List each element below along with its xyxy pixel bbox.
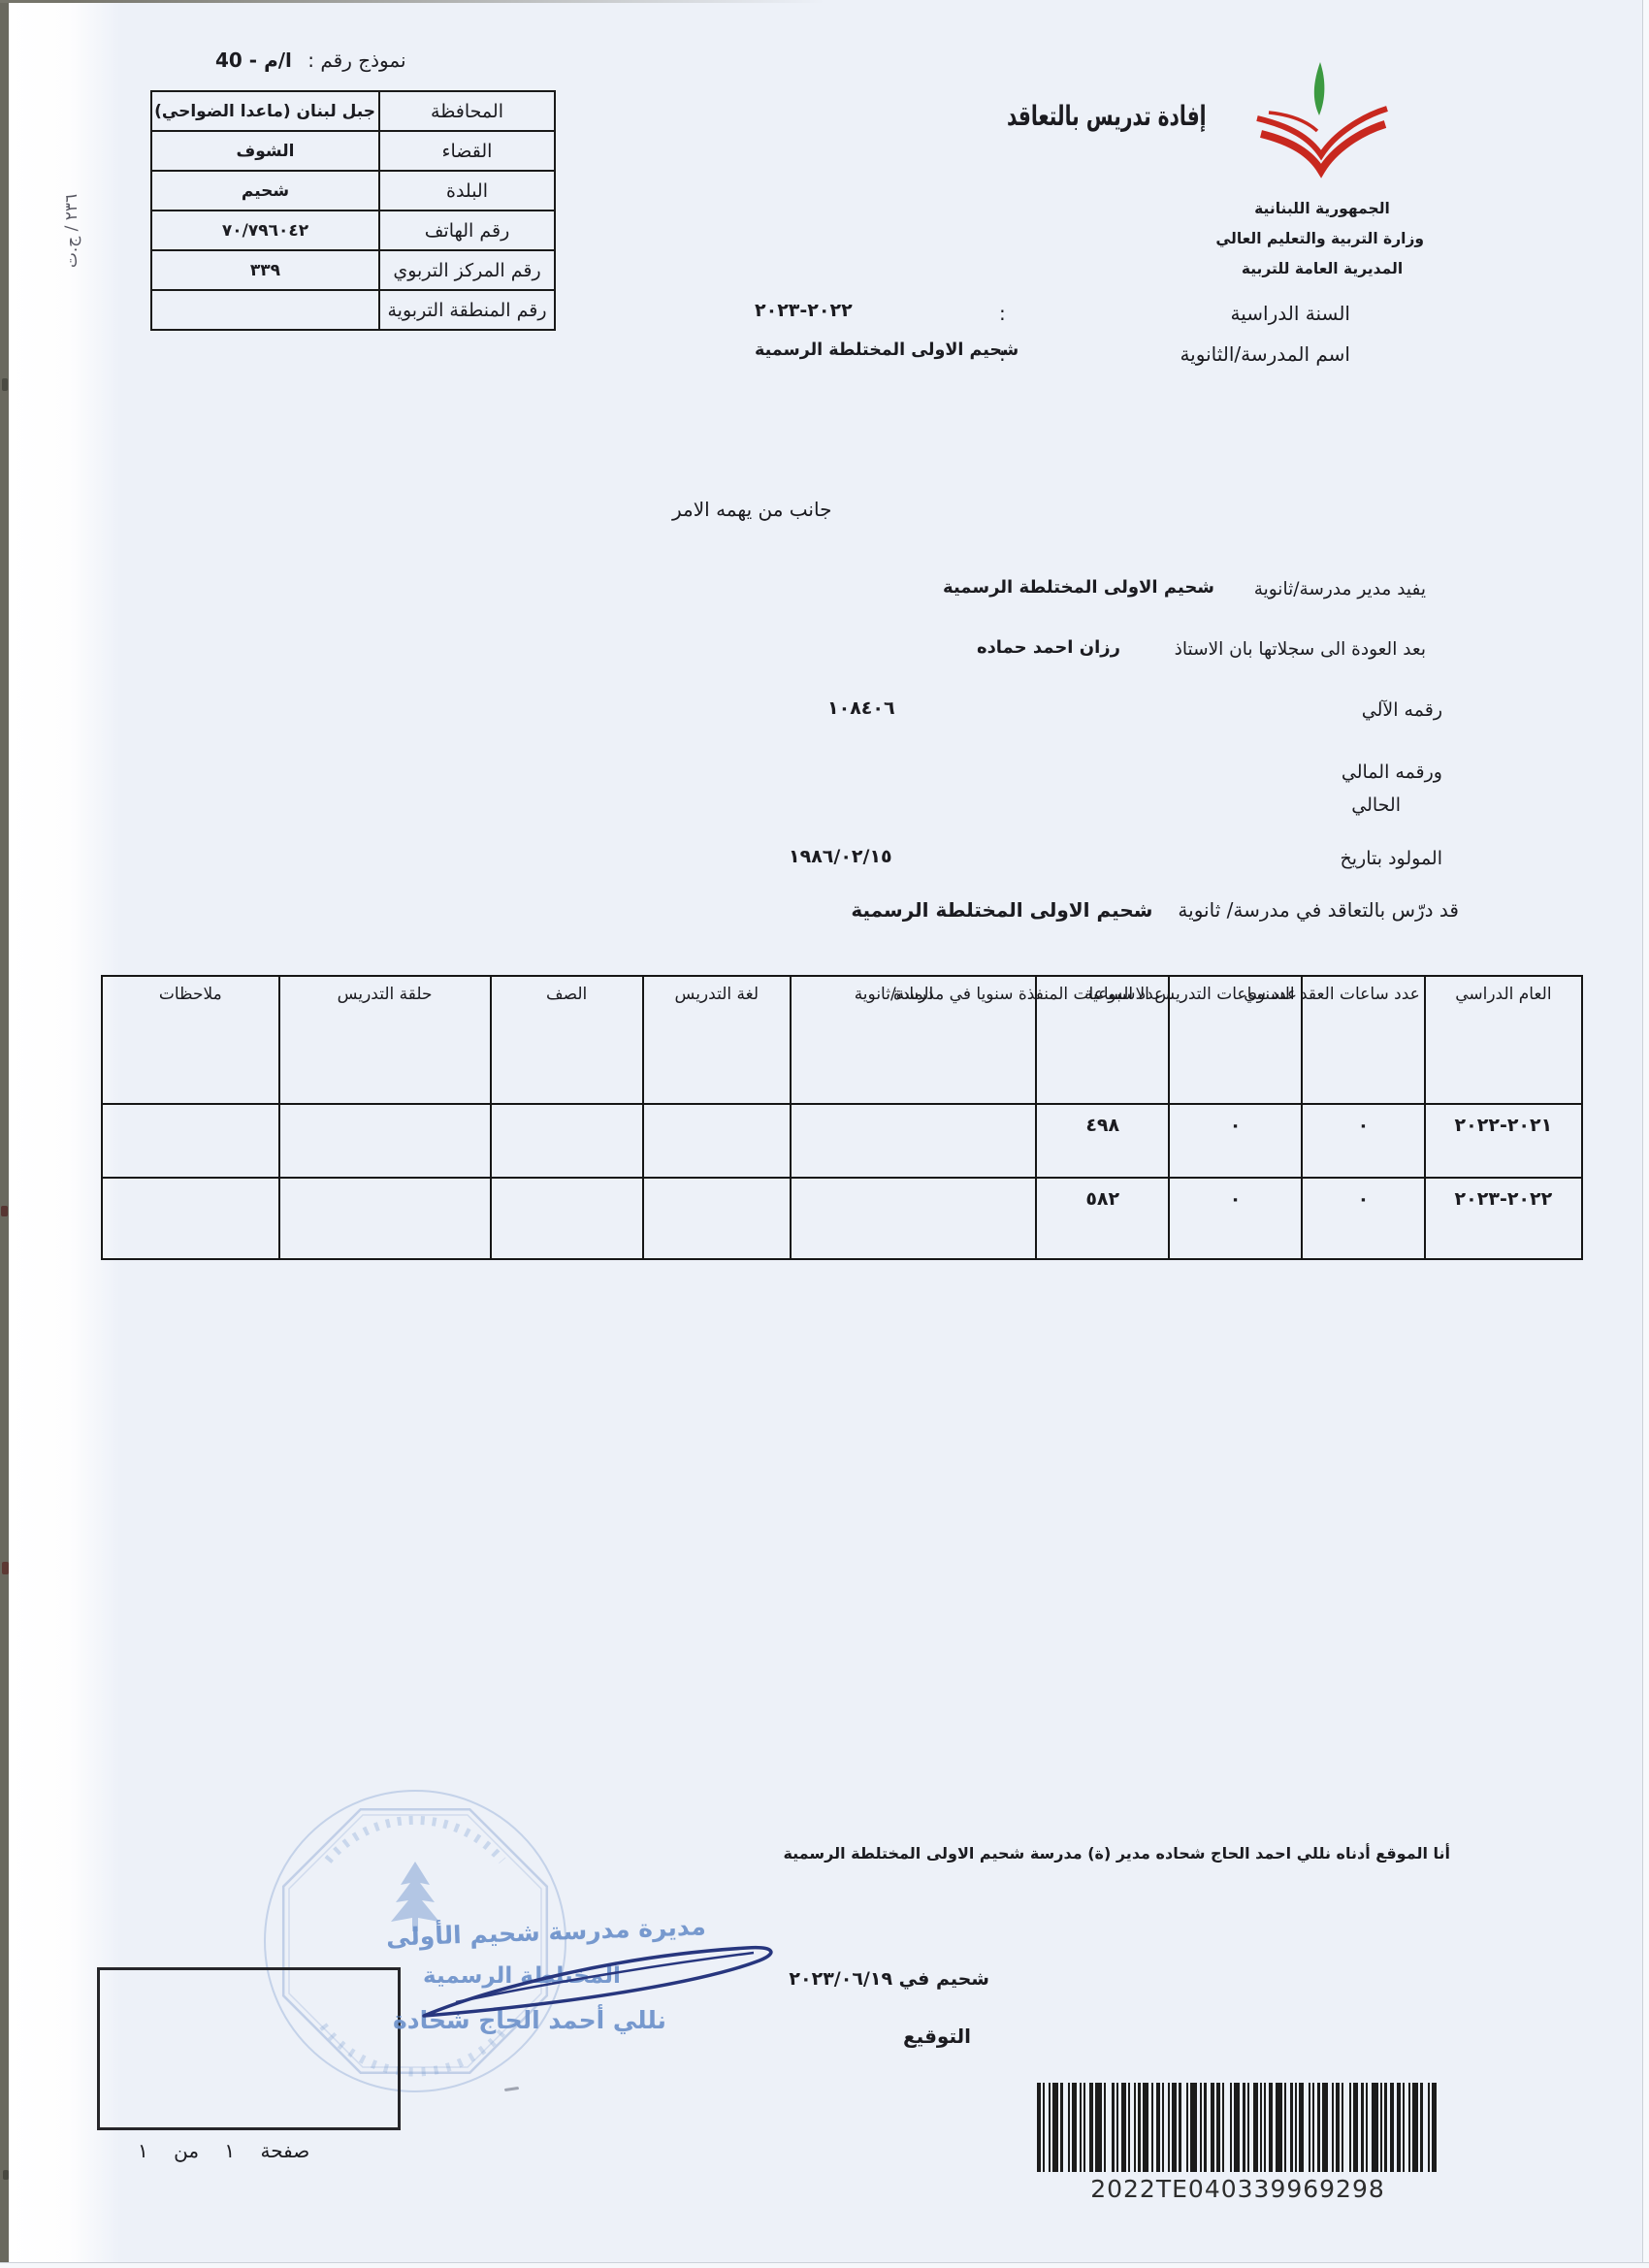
taught-line: قد درّس بالتعاقد في مدرسة/ ثانوية شحيم ا… bbox=[851, 898, 1459, 922]
info-value: جبل لبنان (ماعدا الضواحي) bbox=[151, 91, 379, 131]
school-name-label: اسم المدرسة/الثانوية bbox=[1180, 342, 1350, 366]
location-info-table: المحافظة جبل لبنان (ماعدا الضواحي) القضا… bbox=[150, 90, 556, 331]
director-signature-icon bbox=[412, 1938, 800, 2027]
scan-edge-right bbox=[1642, 0, 1649, 2268]
hours-cell: ٢٠٢٢-٢٠٢٣ bbox=[1425, 1178, 1582, 1259]
signature-label: التوقيع bbox=[903, 2025, 971, 2048]
school-year-label: السنة الدراسية bbox=[1231, 302, 1351, 325]
hours-cell bbox=[279, 1104, 491, 1178]
scan-mark bbox=[1, 1206, 8, 1216]
hours-header-cell: العام الدراسي bbox=[1425, 976, 1582, 1104]
info-value bbox=[151, 290, 379, 330]
hours-cell: ٠ bbox=[1169, 1104, 1302, 1178]
salutation: جانب من يهمه الامر bbox=[672, 498, 831, 521]
info-value: شحيم bbox=[151, 171, 379, 211]
hours-header-cell: عدد ساعات العقد السنوي bbox=[1302, 976, 1425, 1104]
table-row: البلدة شحيم bbox=[151, 171, 555, 211]
info-label: رقم المركز التربوي bbox=[379, 250, 555, 290]
scan-edge-bottom bbox=[0, 2262, 1649, 2268]
info-value: ٧٠/٧٩٦٠٤٢ bbox=[151, 211, 379, 250]
birthdate-label: المولود بتاريخ bbox=[1340, 848, 1442, 869]
director-declaration: أنا الموقع أدناه نللي احمد الحاج شحاده م… bbox=[783, 1844, 1450, 1863]
info-label: رقم المنطقة التربوية bbox=[379, 290, 555, 330]
barcode-bars-icon bbox=[1034, 2083, 1441, 2172]
form-number-value: ا/م - 40 bbox=[215, 49, 292, 72]
hours-cell bbox=[791, 1178, 1036, 1259]
hours-row: ٢٠٢١-٢٠٢٢ ٠ ٠ ٤٩٨ bbox=[102, 1104, 1582, 1178]
directorate-line: المديرية العامة للتربية bbox=[1220, 254, 1424, 284]
place-date-line: شحيم في ٢٠٢٣/٠٦/١٩ bbox=[789, 1968, 989, 1990]
hours-cell: ٠ bbox=[1302, 1178, 1425, 1259]
hours-cell bbox=[491, 1104, 643, 1178]
info-value: الشوف bbox=[151, 131, 379, 171]
hours-header-cell: لغة التدريس bbox=[643, 976, 791, 1104]
hours-cell bbox=[102, 1178, 279, 1259]
republic-line: الجمهورية اللبنانية bbox=[1220, 194, 1424, 224]
teaching-hours-table: العام الدراسي عدد ساعات العقد السنوي عدد… bbox=[101, 975, 1583, 1260]
form-number: نموذج رقم : ا/م - 40 bbox=[215, 49, 406, 72]
taught-label: قد درّس بالتعاقد في مدرسة/ ثانوية bbox=[1178, 898, 1459, 922]
certify-school-value: شحيم الاولى المختلطة الرسمية bbox=[943, 577, 1214, 598]
page-number: صفحة ١ من ١ bbox=[138, 2139, 309, 2162]
barcode-text: 2022TE040339969298 bbox=[1034, 2175, 1441, 2203]
info-label: البلدة bbox=[379, 171, 555, 211]
ministry-line: وزارة التربية والتعليم العالي bbox=[1220, 224, 1424, 254]
school-name-value: شحيم الاولى المختلطة الرسمية bbox=[755, 340, 1018, 360]
info-label: القضاء bbox=[379, 131, 555, 171]
hours-header-cell: عدد الساعات المنفذة سنويا في مدرسة/ثانوي… bbox=[1036, 976, 1169, 1104]
hours-cell: ٥٨٢ bbox=[1036, 1178, 1169, 1259]
empty-frame-box bbox=[97, 1967, 401, 2130]
info-value: ٣٣٩ bbox=[151, 250, 379, 290]
taught-school-value: شحيم الاولى المختلطة الرسمية bbox=[851, 898, 1152, 922]
hours-cell bbox=[279, 1178, 491, 1259]
certify-label: يفيد مدير مدرسة/ثانوية bbox=[1254, 579, 1426, 599]
hours-header-cell: حلقة التدريس bbox=[279, 976, 491, 1104]
teacher-name: رزان احمد حماده bbox=[977, 637, 1120, 658]
scan-edge-top bbox=[0, 0, 1649, 3]
hours-header-cell: عدد ساعات التدريس الاسبوعية bbox=[1169, 976, 1302, 1104]
scan-mark bbox=[2, 1562, 9, 1574]
hours-cell bbox=[102, 1104, 279, 1178]
scan-mark bbox=[3, 2170, 9, 2180]
table-row: القضاء الشوف bbox=[151, 131, 555, 171]
hours-header-cell: ملاحظات bbox=[102, 976, 279, 1104]
document-page: نموذج رقم : ا/م - 40 ٢٣٦ / ج.ت المحافظة … bbox=[0, 0, 1649, 2268]
school-year-colon: : bbox=[999, 302, 1006, 325]
table-row: المحافظة جبل لبنان (ماعدا الضواحي) bbox=[151, 91, 555, 131]
ministry-book-cedar-logo-icon bbox=[1249, 56, 1395, 192]
scan-mark bbox=[2, 378, 8, 391]
hours-cell: ٠ bbox=[1302, 1104, 1425, 1178]
hours-header-cell: الصف bbox=[491, 976, 643, 1104]
handwritten-margin-note: ٢٣٦ / ج.ت bbox=[62, 194, 81, 268]
hours-cell bbox=[643, 1178, 791, 1259]
info-label: رقم الهاتف bbox=[379, 211, 555, 250]
table-row: رقم المنطقة التربوية bbox=[151, 290, 555, 330]
records-label: بعد العودة الى سجلاتها بان الاستاذ bbox=[1175, 639, 1426, 660]
table-row: رقم المركز التربوي ٣٣٩ bbox=[151, 250, 555, 290]
hours-cell bbox=[643, 1104, 791, 1178]
auto-number-label: رقمه الآلي bbox=[1362, 699, 1442, 721]
birthdate-value: ١٩٨٦/٠٢/١٥ bbox=[789, 846, 892, 867]
hours-cell: ٤٩٨ bbox=[1036, 1104, 1169, 1178]
financial-number-label: ورقمه المالي bbox=[1342, 761, 1442, 783]
document-title: إفادة تدريس بالتعاقد bbox=[1007, 100, 1207, 132]
ministry-text-block: الجمهورية اللبنانية وزارة التربية والتعل… bbox=[1220, 194, 1424, 284]
hours-cell: ٠ bbox=[1169, 1178, 1302, 1259]
school-year-value: ٢٠٢٢-٢٠٢٣ bbox=[755, 300, 853, 321]
hours-row: ٢٠٢٢-٢٠٢٣ ٠ ٠ ٥٨٢ bbox=[102, 1178, 1582, 1259]
auto-number-value: ١٠٨٤٠٦ bbox=[827, 697, 895, 719]
table-row: رقم الهاتف ٧٠/٧٩٦٠٤٢ bbox=[151, 211, 555, 250]
hours-cell bbox=[491, 1178, 643, 1259]
hours-header-row: العام الدراسي عدد ساعات العقد السنوي عدد… bbox=[102, 976, 1582, 1104]
hours-cell bbox=[791, 1104, 1036, 1178]
scan-edge-left bbox=[0, 0, 9, 2268]
info-label: المحافظة bbox=[379, 91, 555, 131]
financial-number-label-2: الحالي bbox=[1351, 794, 1401, 816]
hours-cell: ٢٠٢١-٢٠٢٢ bbox=[1425, 1104, 1582, 1178]
form-number-label: نموذج رقم : bbox=[307, 49, 405, 72]
